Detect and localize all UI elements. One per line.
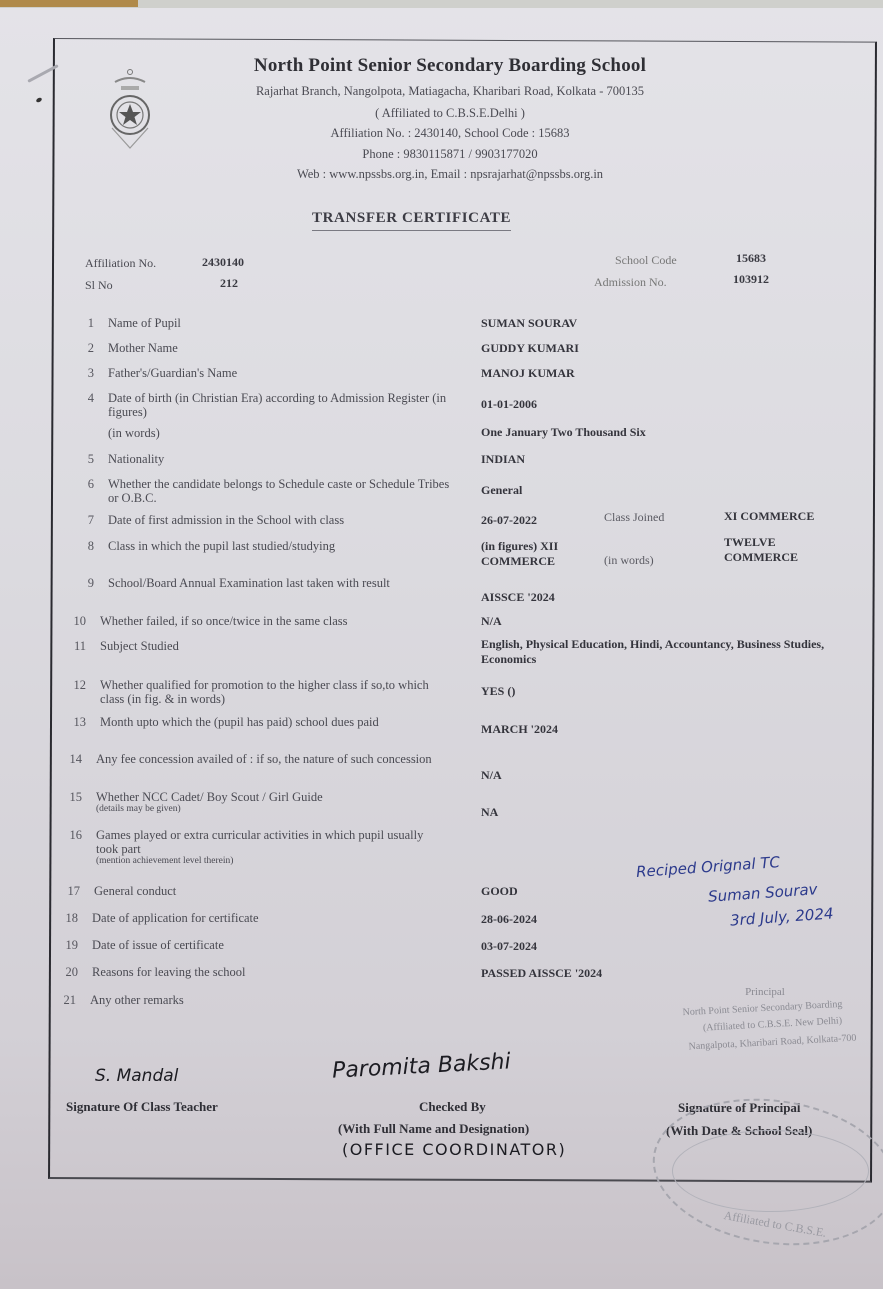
school-code-label: School Code xyxy=(615,253,677,268)
row-extra-value: XI COMMERCE xyxy=(724,509,814,524)
class-teacher-signature: S. Mandal xyxy=(95,1066,178,1086)
row-label-text: Month upto which the (pupil has paid) sc… xyxy=(100,715,379,729)
row-number: 16 xyxy=(62,828,82,843)
row-value: (in figures) XII COMMERCE xyxy=(481,539,576,569)
school-seal-inner xyxy=(672,1130,869,1212)
certificate-title: TRANSFER CERTIFICATE xyxy=(312,210,511,231)
row-extra-label: (in words) xyxy=(604,553,654,567)
admission-no-value: 103912 xyxy=(733,272,769,287)
row-value: 03-07-2024 xyxy=(481,939,537,954)
row-value: 28-06-2024 xyxy=(481,912,537,927)
row-extra-value: TWELVE COMMERCE xyxy=(724,535,819,565)
row-value: INDIAN xyxy=(481,452,525,467)
row-value: YES () xyxy=(481,684,515,699)
checked-by-label: Checked By xyxy=(419,1099,486,1115)
row-extra-label: Class Joined xyxy=(604,510,664,524)
row-number: 9 xyxy=(74,576,94,591)
affiliation-no-label: Affiliation No. xyxy=(85,256,156,271)
row-label: Class in which the pupil last studied/st… xyxy=(108,539,453,553)
school-affiliated: ( Affiliated to C.B.S.E.Delhi ) xyxy=(180,106,720,121)
row-label-text: Date of issue of certificate xyxy=(92,938,224,952)
row-label-text: Whether qualified for promotion to the h… xyxy=(100,678,429,706)
row-label-text: Nationality xyxy=(108,452,164,466)
row-number: 6 xyxy=(74,477,94,492)
row-label-text: Any fee concession availed of : if so, t… xyxy=(96,752,432,766)
row-label: Whether the candidate belongs to Schedul… xyxy=(108,477,453,505)
row-number: 10 xyxy=(66,614,86,629)
row-label-text: Mother Name xyxy=(108,341,178,355)
row-number: 3 xyxy=(74,366,94,381)
row-value: GOOD xyxy=(481,884,518,899)
row-number: 13 xyxy=(66,715,86,730)
row-number: 11 xyxy=(66,639,86,654)
row-number: 15 xyxy=(62,790,82,805)
school-web-email: Web : www.npssbs.org.in, Email : npsraja… xyxy=(180,167,720,182)
admission-no-label: Admission No. xyxy=(594,275,667,290)
row-label-text: Whether NCC Cadet/ Boy Scout / Girl Guid… xyxy=(96,790,323,804)
row-value: SUMAN SOURAV xyxy=(481,316,577,331)
row-label-text: Father's/Guardian's Name xyxy=(108,366,237,380)
row-value: AISSCE '2024 xyxy=(481,590,555,605)
school-crest-star-icon xyxy=(107,66,153,150)
row-label: Subject Studied xyxy=(100,639,445,653)
row-label: Whether qualified for promotion to the h… xyxy=(100,678,445,706)
row-value: MANOJ KUMAR xyxy=(481,366,575,381)
checked-by-designation: (OFFICE COORDINATOR) xyxy=(342,1140,566,1159)
row-number: 7 xyxy=(74,513,94,528)
row-value: N/A xyxy=(481,768,502,783)
checked-by-sub: (With Full Name and Designation) xyxy=(338,1121,529,1137)
row-label-text: Whether failed, if so once/twice in the … xyxy=(100,614,347,628)
row-label-text: Date of first admission in the School wi… xyxy=(108,513,344,527)
row-label: Date of first admission in the School wi… xyxy=(108,513,453,527)
row-value: NA xyxy=(481,805,498,820)
row-value: 26-07-2022 xyxy=(481,513,537,528)
row-label-note: (mention achievement level therein) xyxy=(96,856,441,867)
row-value: 01-01-2006 xyxy=(481,397,537,412)
row-label-text: General conduct xyxy=(94,884,176,898)
row-number: 14 xyxy=(62,752,82,767)
row-label: Games played or extra curricular activit… xyxy=(96,828,441,867)
row-number: 17 xyxy=(60,884,80,899)
row-number: 21 xyxy=(56,993,76,1008)
row-label: Month upto which the (pupil has paid) sc… xyxy=(100,715,445,729)
row-label-text: Any other remarks xyxy=(90,993,184,1007)
row-label-text: Class in which the pupil last studied/st… xyxy=(108,539,335,553)
row-value: PASSED AISSCE '2024 xyxy=(481,966,602,981)
background-strip xyxy=(0,0,883,8)
row-value: General xyxy=(481,483,522,498)
row-sub-value: One January Two Thousand Six xyxy=(481,425,646,440)
row-label: School/Board Annual Examination last tak… xyxy=(108,576,453,590)
row-label: Date of birth (in Christian Era) accordi… xyxy=(108,391,453,419)
sl-no-value: 212 xyxy=(220,276,238,291)
row-label: Any fee concession availed of : if so, t… xyxy=(96,752,441,766)
row-number: 8 xyxy=(74,539,94,554)
row-label: Father's/Guardian's Name xyxy=(108,366,453,380)
row-sub-label: (in words) xyxy=(108,426,453,440)
row-label: Reasons for leaving the school xyxy=(92,965,437,979)
row-label-text: Whether the candidate belongs to Schedul… xyxy=(108,477,449,505)
row-value: N/A xyxy=(481,614,502,629)
row-label-text: School/Board Annual Examination last tak… xyxy=(108,576,390,590)
row-number: 20 xyxy=(58,965,78,980)
row-label: Mother Name xyxy=(108,341,453,355)
ink-dot xyxy=(35,97,42,103)
row-label-text: Subject Studied xyxy=(100,639,179,653)
row-value: GUDDY KUMARI xyxy=(481,341,579,356)
row-label: Name of Pupil xyxy=(108,316,453,330)
school-name: North Point Senior Secondary Boarding Sc… xyxy=(180,55,720,77)
row-label-text: Games played or extra curricular activit… xyxy=(96,828,423,856)
row-value: MARCH '2024 xyxy=(481,722,558,737)
row-label: Date of application for certificate xyxy=(92,911,437,925)
school-address: Rajarhat Branch, Nangolpota, Matiagacha,… xyxy=(180,84,720,99)
row-label-text: Date of birth (in Christian Era) accordi… xyxy=(108,391,446,419)
row-label: Nationality xyxy=(108,452,453,466)
sl-no-label: Sl No xyxy=(85,278,113,293)
row-number: 4 xyxy=(74,391,94,406)
row-number: 5 xyxy=(74,452,94,467)
row-number: 18 xyxy=(58,911,78,926)
row-label: Whether failed, if so once/twice in the … xyxy=(100,614,445,628)
row-label: General conduct xyxy=(94,884,439,898)
row-number: 1 xyxy=(74,316,94,331)
school-phone: Phone : 9830115871 / 9903177020 xyxy=(180,147,720,162)
school-affiliation-line: Affiliation No. : 2430140, School Code :… xyxy=(180,126,720,141)
class-teacher-label: Signature Of Class Teacher xyxy=(66,1099,218,1115)
row-label: Whether NCC Cadet/ Boy Scout / Girl Guid… xyxy=(96,790,441,815)
row-label-text: Date of application for certificate xyxy=(92,911,259,925)
row-number: 12 xyxy=(66,678,86,693)
row-number: 19 xyxy=(58,938,78,953)
row-label: Any other remarks xyxy=(90,993,435,1007)
affiliation-no-value: 2430140 xyxy=(202,255,244,270)
principal-stamp-title: Principal xyxy=(690,986,840,999)
row-label-note: (details may be given) xyxy=(96,804,441,815)
row-number: 2 xyxy=(74,341,94,356)
row-label-text: Name of Pupil xyxy=(108,316,181,330)
row-value: English, Physical Education, Hindi, Acco… xyxy=(481,637,836,667)
background-edge xyxy=(0,0,138,7)
school-code-value: 15683 xyxy=(736,251,766,266)
row-label-text: Reasons for leaving the school xyxy=(92,965,245,979)
row-label: Date of issue of certificate xyxy=(92,938,437,952)
